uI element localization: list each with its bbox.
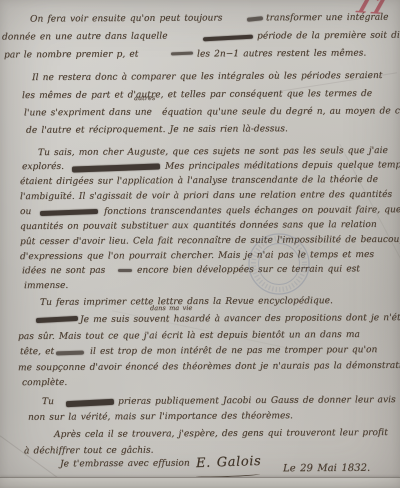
handwritten-line: l'une s'expriment dans une: [24, 108, 152, 119]
ink-crossout: [171, 52, 193, 56]
interlinear-insertion: autres: [134, 95, 155, 102]
handwritten-line: Tu: [42, 397, 54, 407]
handwritten-line: Mes principales méditations depuis quelq…: [165, 160, 400, 171]
date-line: Le 29 Mai 1832.: [283, 464, 370, 475]
handwritten-line: étaient dirigées sur l'application à l'a…: [20, 175, 378, 187]
interlinear-insertion: dans ma vie: [150, 305, 192, 312]
handwritten-line: prieras publiquement Jacobi ou Gauss de …: [118, 395, 396, 407]
handwritten-line: non sur la vérité, mais sur l'importance…: [28, 411, 293, 423]
handwritten-line: Il ne restera donc à comparer que les in…: [32, 71, 383, 83]
handwritten-line: par le nombre premier p, et: [4, 50, 138, 61]
signature: E. Galois: [196, 457, 262, 469]
handwritten-line: On fera voir ensuite qu'on peut toujours: [30, 13, 222, 24]
ink-crossout: [118, 269, 132, 272]
ink-crossout: [40, 209, 98, 216]
handwritten-line: il est trop de mon intérêt de ne pas me …: [90, 345, 377, 357]
handwritten-line: les mêmes de part et d'autre, et telles …: [22, 89, 372, 101]
handwritten-line: immense.: [24, 281, 68, 291]
handwritten-line: équation qu'une seule du degré n, au moy…: [162, 106, 400, 118]
ink-crossout: [247, 16, 263, 22]
handwritten-line: explorés.: [22, 162, 64, 172]
handwritten-line: pût cesser d'avoir lieu. Cela fait recon…: [20, 235, 400, 247]
ink-crossout: [56, 351, 84, 356]
handwritten-line: pas sûr. Mais tout ce que j'ai écrit là …: [18, 330, 360, 342]
handwritten-line: tête, et: [20, 347, 54, 357]
handwritten-line: donnée en une autre dans laquelle: [2, 31, 168, 42]
handwritten-line: Après cela il se trouvera, j'espère, des…: [54, 428, 388, 440]
handwritten-line: idées ne sont pas: [22, 266, 105, 277]
handwritten-line: Je me suis souvent hasardé à avancer des…: [80, 313, 400, 325]
paper-bottom-edge: [0, 477, 400, 488]
ink-crossout: [72, 163, 160, 172]
closing-line: Je t'embrasse avec effusion: [60, 459, 190, 470]
letter-page: 11 On fera voir ensuite qu'on peut toujo…: [0, 0, 400, 488]
handwritten-line: de l'autre et réciproquement. Je ne sais…: [26, 124, 288, 136]
handwritten-line: ou: [20, 207, 31, 217]
handwritten-line: transformer une intégrale: [266, 13, 389, 24]
handwritten-line: fonctions transcendantes quels échanges …: [104, 205, 400, 217]
ink-crossout: [203, 35, 253, 42]
ink-crossout: [66, 399, 114, 408]
handwritten-line: les 2n−1 autres restent les mêmes.: [197, 48, 366, 59]
handwritten-line: Tu sais, mon cher Auguste, que ces sujet…: [38, 146, 388, 158]
ink-crossout: [36, 316, 78, 323]
handwritten-line: d'expressions que l'on pourrait chercher…: [20, 250, 374, 262]
handwritten-line: l'ambiguïté. Il s'agissait de voir à pri…: [20, 190, 392, 202]
handwritten-line: quantités on pouvait substituer aux quan…: [20, 220, 377, 232]
handwritten-line: période de la première soit divisée: [257, 30, 400, 41]
handwritten-line: complète.: [22, 378, 67, 388]
handwritten-line: encore bien développées sur ce terrain q…: [137, 264, 360, 275]
handwritten-line: à déchiffrer tout ce gâchis.: [24, 446, 154, 457]
handwritten-line: me soupçonne d'avoir énoncé des théorème…: [18, 361, 400, 373]
